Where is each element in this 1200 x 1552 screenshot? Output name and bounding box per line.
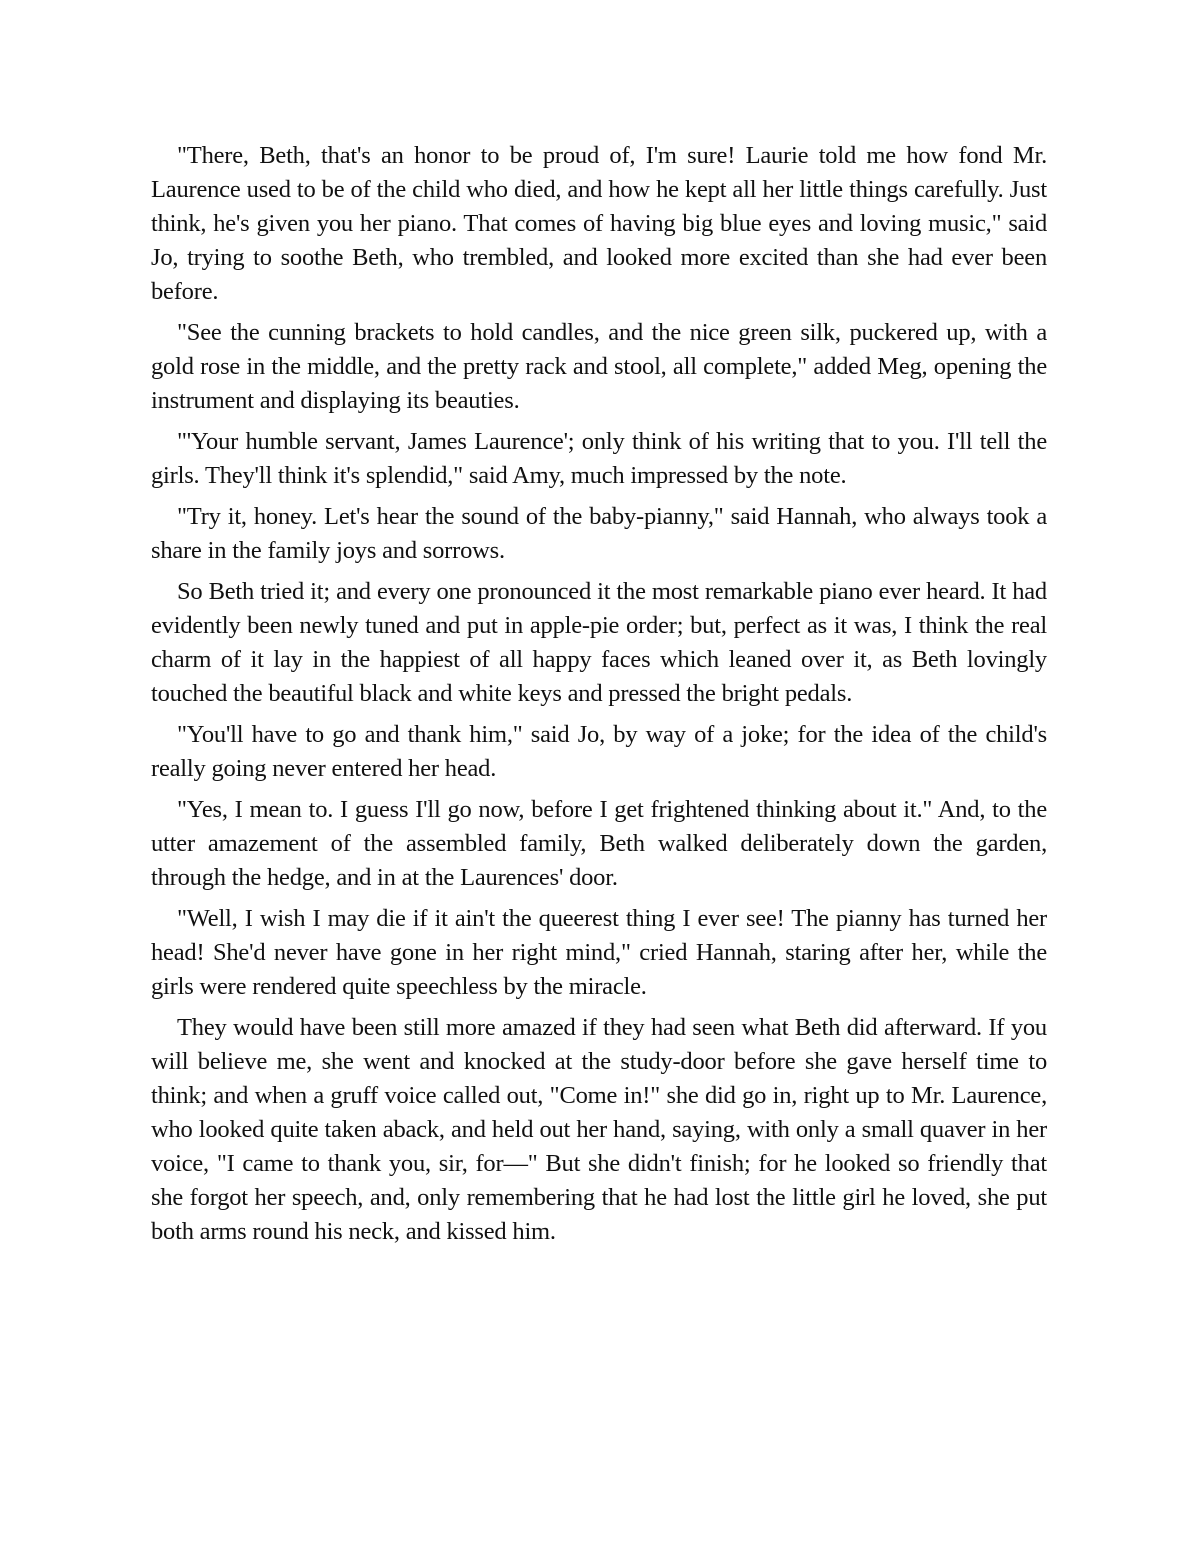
paragraph-1: "There, Beth, that's an honor to be prou… [151,139,1047,309]
paragraph-5: So Beth tried it; and every one pronounc… [151,575,1047,711]
paragraph-2: "See the cunning brackets to hold candle… [151,316,1047,418]
paragraph-4: "Try it, honey. Let's hear the sound of … [151,500,1047,568]
paragraph-7: "Yes, I mean to. I guess I'll go now, be… [151,793,1047,895]
paragraph-8: "Well, I wish I may die if it ain't the … [151,902,1047,1004]
document-page: "There, Beth, that's an honor to be prou… [151,139,1047,1256]
paragraph-3: "'Your humble servant, James Laurence'; … [151,425,1047,493]
paragraph-9: They would have been still more amazed i… [151,1011,1047,1249]
paragraph-6: "You'll have to go and thank him," said … [151,718,1047,786]
